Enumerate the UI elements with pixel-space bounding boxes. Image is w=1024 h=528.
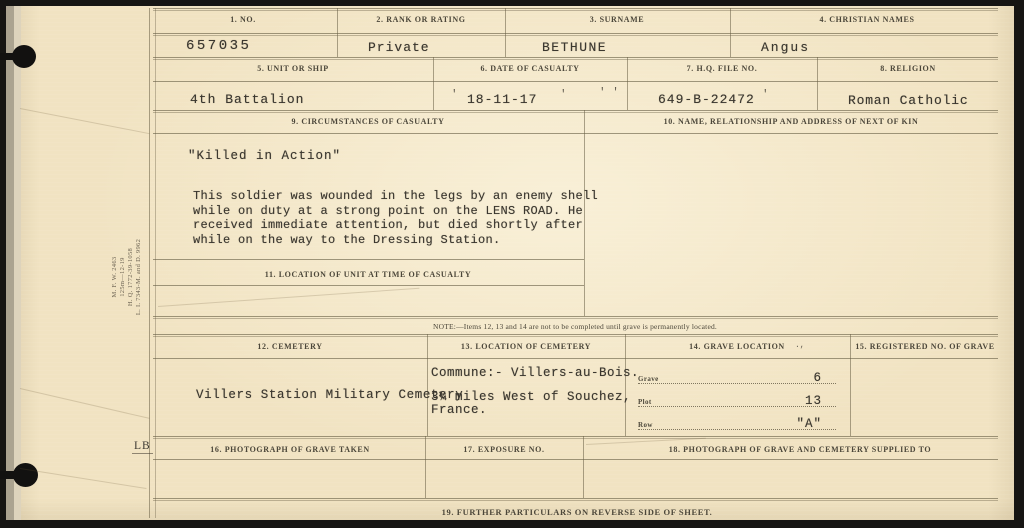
field-label-cemetery-location: 13. LOCATION OF CEMETERY <box>461 342 591 351</box>
card-paper <box>6 6 1014 520</box>
value-cemetery-commune: Commune:- Villers-au-Bois. <box>431 366 639 380</box>
rule-left-inner <box>155 8 156 518</box>
value-service-number: 657035 <box>186 38 251 54</box>
field-label-photo-supplied: 18. PHOTOGRAPH OF GRAVE AND CEMETERY SUP… <box>669 445 931 454</box>
value-rank: Private <box>368 40 430 55</box>
value-date-of-casualty: 18-11-17 <box>467 92 537 107</box>
value-religion: Roman Catholic <box>848 93 968 108</box>
scan-tick-mark: ' ' <box>599 87 619 99</box>
field-label-unit-location: 11. LOCATION OF UNIT AT TIME OF CASUALTY <box>265 270 471 279</box>
rule-col-13-14 <box>625 334 626 436</box>
grave-row-label: Row <box>638 421 653 429</box>
scan-tick-mark: ' <box>451 89 458 101</box>
value-cemetery-country: France. <box>431 403 487 417</box>
value-unit: 4th Battalion <box>190 92 304 107</box>
footer-text: 19. FURTHER PARTICULARS ON REVERSE SIDE … <box>442 507 713 517</box>
rule-row1-header <box>153 33 998 34</box>
rule-top <box>153 8 998 9</box>
rule-col-12-13 <box>427 334 428 436</box>
note-text: NOTE:—Items 12, 13 and 14 are not to be … <box>433 322 717 331</box>
grave-row-label: Plot <box>638 398 652 406</box>
scan-tick-mark: ' <box>560 89 567 101</box>
value-surname: BETHUNE <box>542 40 607 55</box>
value-hq-file: 649-B-22472 <box>658 92 755 107</box>
punch-hole-bottom <box>13 463 38 487</box>
field-label-surname: 3. SURNAME <box>590 15 644 24</box>
value-casualty-description: This soldier was wounded in the legs by … <box>193 189 603 247</box>
rule-col-6-7 <box>627 57 628 110</box>
rule-row16-bottom <box>153 498 998 499</box>
stamp-line: M. F. W. 2463 <box>111 219 119 335</box>
field-label-date-of-casualty: 6. DATE OF CASUALTY <box>480 64 579 73</box>
rule-row16-header <box>153 459 998 460</box>
rule-row2-header <box>153 81 998 82</box>
rule-box9-bottom <box>153 259 584 260</box>
field-label-rank: 2. RANK OR RATING <box>376 15 465 24</box>
rule-sec10-11-bottom <box>153 316 998 317</box>
field-label-photo-taken: 16. PHOTOGRAPH OF GRAVE TAKEN <box>210 445 369 454</box>
scan-edge-strip-dark <box>6 6 14 520</box>
field-label-hq-file: 7. H.Q. FILE NO. <box>687 64 758 73</box>
margin-annotation-lb: LB <box>132 440 153 454</box>
rule-sec9-10-header <box>153 133 998 134</box>
scan-edge-strip-light <box>14 6 21 520</box>
value-casualty-quote: "Killed in Action" <box>188 149 341 163</box>
rule-col-7-8 <box>817 57 818 110</box>
grave-row-grave: Grave 6 <box>638 367 836 384</box>
scan-tick-mark: ., <box>795 341 805 350</box>
grave-row-value: 13 <box>805 394 836 408</box>
rule-row12-header <box>153 358 998 359</box>
rule-sec11-header <box>153 285 584 286</box>
rule-col-14-15 <box>850 334 851 436</box>
field-label-christian-names: 4. CHRISTIAN NAMES <box>819 15 914 24</box>
grave-row-value: 6 <box>813 371 836 385</box>
rule-row1-bottom <box>153 57 998 58</box>
field-label-next-of-kin: 10. NAME, RELATIONSHIP AND ADDRESS OF NE… <box>664 117 919 126</box>
rule-col-16-17 <box>425 436 426 498</box>
field-label-circumstances: 9. CIRCUMSTANCES OF CASUALTY <box>292 117 445 126</box>
stamp-line: 125m—12-19 <box>119 219 127 335</box>
rule-col-17-18 <box>583 436 584 498</box>
scanned-record-card: 1. NO. 2. RANK OR RATING 3. SURNAME 4. C… <box>0 0 1024 528</box>
grave-row-row: Row "A" <box>638 413 836 430</box>
grave-row-label: Grave <box>638 375 659 383</box>
value-cemetery-distance: 3¾ miles West of Souchez, <box>431 390 631 404</box>
grave-row-plot: Plot 13 <box>638 390 836 407</box>
rule-col-3-4 <box>730 8 731 57</box>
punch-hole-top <box>12 45 36 68</box>
value-cemetery: Villers Station Military Cemetery <box>196 388 463 402</box>
field-label-grave-location: 14. GRAVE LOCATION <box>689 342 785 351</box>
value-christian-names: Angus <box>761 40 810 55</box>
margin-print-stamp: M. F. W. 2463 125m—12-19 H. Q. 1772-39-1… <box>111 219 145 335</box>
rule-row12-bottom <box>153 436 998 437</box>
rule-col-5-6 <box>433 57 434 110</box>
field-label-no: 1. NO. <box>230 15 256 24</box>
field-label-exposure: 17. EXPOSURE NO. <box>463 445 544 454</box>
field-label-cemetery: 12. CEMETERY <box>257 342 322 351</box>
rule-note-bottom <box>153 334 998 335</box>
rule-col-1-2 <box>337 8 338 57</box>
rule-row2-bottom <box>153 110 998 111</box>
grave-row-value: "A" <box>796 417 836 431</box>
field-label-unit: 5. UNIT OR SHIP <box>257 64 329 73</box>
stamp-line: H. Q. 1772-39-1058 <box>127 219 135 335</box>
scan-tick-mark: ' <box>762 89 769 101</box>
stamp-line: L. I. 7343-M. and D. 9962 <box>135 219 143 335</box>
field-label-religion: 8. RELIGION <box>880 64 936 73</box>
rule-col-2-3 <box>505 8 506 57</box>
field-label-registered-grave: 15. REGISTERED NO. OF GRAVE <box>855 342 994 351</box>
